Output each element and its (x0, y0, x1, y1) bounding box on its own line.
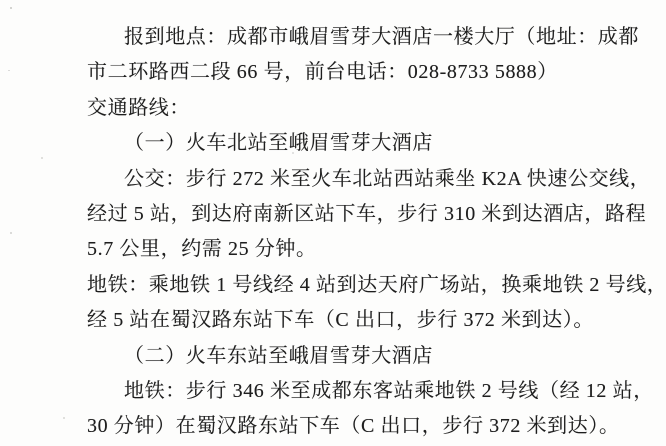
document-line: 交通路线： (87, 91, 596, 126)
document-line: 市二环路西二段 66 号，前台电话：028-8733 5888） (87, 55, 596, 90)
document-line: （一）火车北站至峨眉雪芽大酒店 (87, 126, 596, 161)
document-line: 经过 5 站，到达府南新区站下车，步行 310 米到达酒店，路程 (87, 197, 596, 232)
scan-speck (10, 7, 12, 9)
document-line: 公交：步行 272 米至火车北站西站乘坐 K2A 快速公交线， (87, 162, 596, 197)
document-line: （二）火车东站至峨眉雪芽大酒店 (87, 339, 596, 374)
document-line: 报到地点：成都市峨眉雪芽大酒店一楼大厅（地址：成都 (87, 20, 596, 55)
scan-speck (10, 232, 12, 234)
document-line: 地铁：步行 346 米至成都东客站乘地铁 2 号线（经 12 站， (87, 374, 596, 409)
document-line: 经 5 站在蜀汉路东站下车（C 出口，步行 372 米到达）。 (87, 303, 596, 338)
scan-speck (8, 70, 10, 71)
scanned-document-page: 报到地点：成都市峨眉雪芽大酒店一楼大厅（地址：成都市二环路西二段 66 号，前台… (0, 0, 666, 446)
scan-speck (63, 417, 65, 419)
document-text-block: 报到地点：成都市峨眉雪芽大酒店一楼大厅（地址：成都市二环路西二段 66 号，前台… (87, 20, 596, 445)
document-line: 30 分钟）在蜀汉路东站下车（C 出口，步行 372 米到达）。 (87, 409, 596, 444)
document-line: 5.7 公里，约需 25 分钟。 (87, 232, 596, 267)
scan-speck (41, 157, 43, 159)
document-line: 地铁：乘地铁 1 号线经 4 站到达天府广场站，换乘地铁 2 号线， (87, 268, 596, 303)
